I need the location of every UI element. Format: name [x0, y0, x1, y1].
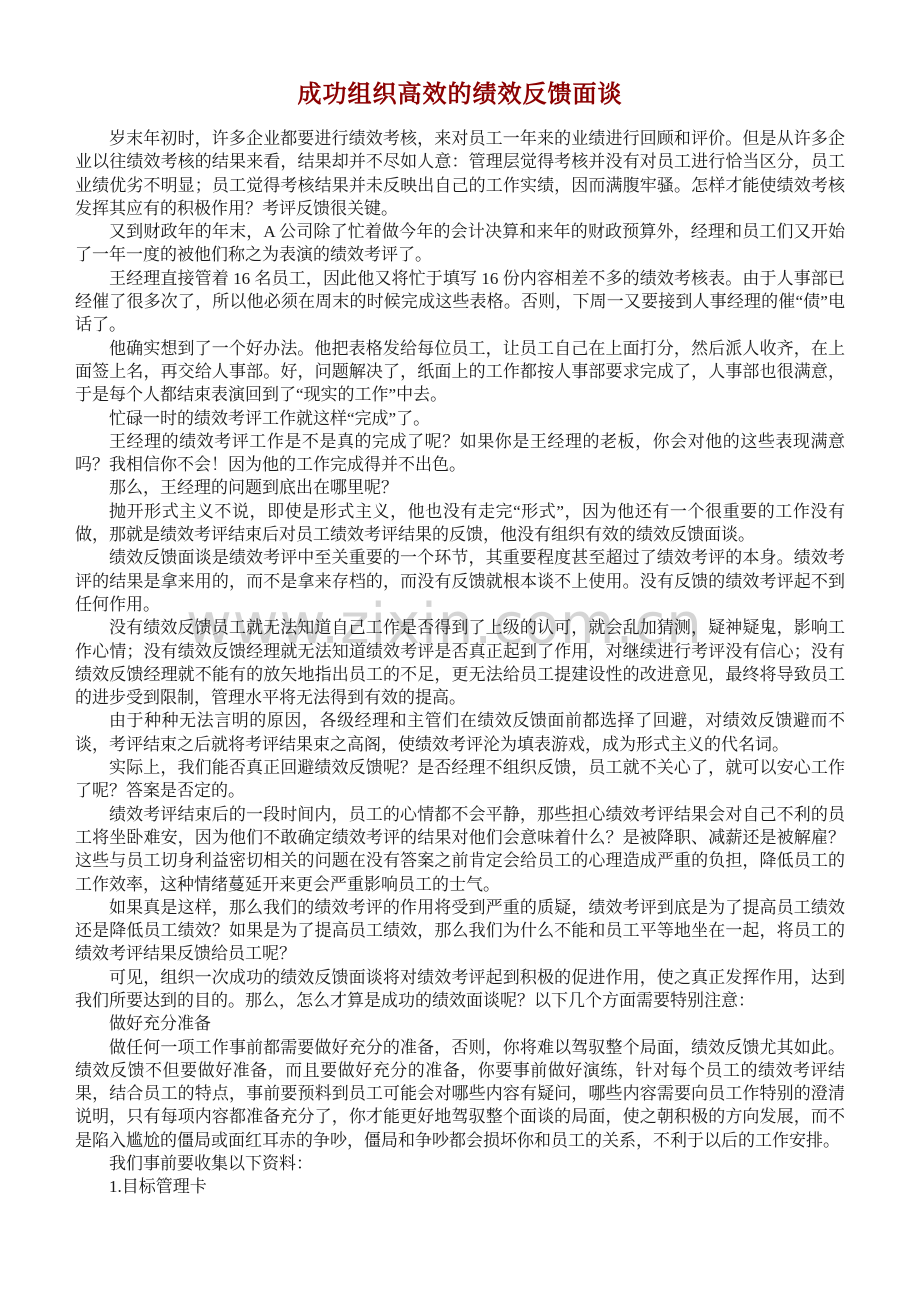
paragraph: 做任何一项工作事前都需要做好充分的准备，否则，你将难以驾驭整个局面，绩效反馈尤其…	[75, 1036, 845, 1152]
paragraph: 如果真是这样，那么我们的绩效考评的作用将受到严重的质疑，绩效考评到底是为了提高员…	[75, 896, 845, 966]
paragraph: 绩效考评结束后的一段时间内，员工的心情都不会平静，那些担心绩效考评结果会对自己不…	[75, 803, 845, 896]
paragraph: 王经理的绩效考评工作是不是真的完成了呢？如果你是王经理的老板，你会对他的这些表现…	[75, 430, 845, 477]
paragraph: 忙碌一时的绩效考评工作就这样“完成”了。	[75, 407, 845, 430]
paragraph: 实际上，我们能否真正回避绩效反馈呢？是否经理不组织反馈，员工就不关心了，就可以安…	[75, 756, 845, 803]
paragraph: 岁末年初时，许多企业都要进行绩效考核，来对员工一年来的业绩进行回顾和评价。但是从…	[75, 127, 845, 220]
paragraph: 1.目标管理卡	[75, 1175, 845, 1198]
paragraph: 又到财政年的年末，A 公司除了忙着做今年的会计决算和来年的财政预算外，经理和员工…	[75, 220, 845, 267]
paragraph: 他确实想到了一个好办法。他把表格发给每位员工，让员工自己在上面打分，然后派人收齐…	[75, 337, 845, 407]
paragraph: 绩效反馈面谈是绩效考评中至关重要的一个环节，其重要程度甚至超过了绩效考评的本身。…	[75, 546, 845, 616]
document-page: 成功组织高效的绩效反馈面谈 www.zixin.com.cn 岁末年初时，许多企…	[0, 0, 920, 1302]
document-title: 成功组织高效的绩效反馈面谈	[0, 0, 920, 108]
paragraph: 没有绩效反馈员工就无法知道自己工作是否得到了上级的认可，就会乱加猜测，疑神疑鬼，…	[75, 616, 845, 709]
paragraph: 王经理直接管着 16 名员工，因此他又将忙于填写 16 份内容相差不多的绩效考核…	[75, 267, 845, 337]
paragraph: 做好充分准备	[75, 1012, 845, 1035]
paragraph: 抛开形式主义不说，即使是形式主义，他也没有走完“形式”，因为他还有一个很重要的工…	[75, 500, 845, 547]
document-body: 岁末年初时，许多企业都要进行绩效考核，来对员工一年来的业绩进行回顾和评价。但是从…	[75, 127, 845, 1199]
paragraph: 由于种种无法言明的原因，各级经理和主管们在绩效反馈面前都选择了回避，对绩效反馈避…	[75, 709, 845, 756]
paragraph: 我们事前要收集以下资料：	[75, 1152, 845, 1175]
paragraph: 那么，王经理的问题到底出在哪里呢？	[75, 476, 845, 499]
paragraph: 可见，组织一次成功的绩效反馈面谈将对绩效考评起到积极的促进作用，使之真正发挥作用…	[75, 966, 845, 1013]
